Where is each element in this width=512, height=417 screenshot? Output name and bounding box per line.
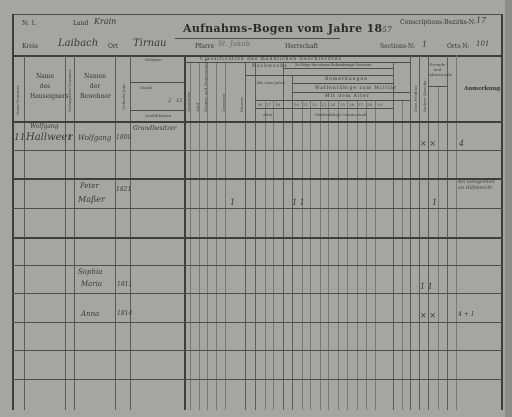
header-band-rule (130, 110, 184, 111)
col-divider (255, 62, 256, 410)
col-divider (225, 62, 226, 410)
waffenfaehig-footer: Waffenfähige Mannschaft (315, 112, 367, 117)
name-bewohner-header: NamenderBewohner (80, 72, 110, 102)
row3-jahr: 1821 (116, 186, 131, 193)
header-band-rule (283, 68, 393, 69)
section-value: 1 (422, 40, 427, 49)
col-divider (283, 62, 284, 410)
row3-mark-c: 1 (432, 198, 437, 207)
row-rule (12, 237, 502, 239)
herrschaft-label: Herrschaft (285, 43, 318, 50)
waffen-band: Waffenfähige zum Militär (315, 86, 397, 91)
header-band-rule (130, 82, 184, 83)
col-divider (402, 100, 403, 410)
row-rule (12, 150, 502, 151)
header-band-rule (292, 92, 410, 93)
ort-value: Tirnau (133, 38, 167, 49)
row1-partei: 1 (68, 134, 72, 142)
row3-anmerkung: Bei Gelegenheit als Hilfsknecht (458, 180, 500, 192)
row-rule (12, 322, 502, 323)
age-18: 18 (275, 102, 280, 107)
pfarre-value: St. Jakob (218, 40, 250, 48)
col-divider (115, 55, 116, 410)
vertical-label-gewerbe: Gewerbe (221, 94, 226, 112)
conscription-value: 17 (476, 16, 486, 25)
row6-bewohner-first: Sophia (78, 268, 102, 276)
row3-bewohner-first: Peter (80, 182, 99, 190)
census-form-sheet: N: 1. Land Krain Aufnahms-Bogen vom Jahr… (0, 0, 512, 417)
row7-bewohner: Anna (81, 310, 99, 318)
row-rule (12, 265, 502, 266)
row1-hauseigner: Hallweer (26, 132, 72, 143)
stand-header: Stand (140, 85, 152, 90)
pfarre-label: Pfarre (195, 43, 214, 50)
row1-qualifikation: Grundbesitzer (133, 125, 177, 132)
col-divider (347, 100, 348, 410)
nachwuchs-header: Nachwuchs (252, 64, 288, 69)
row7-marks: × × (420, 311, 436, 320)
age-27: 27 (358, 102, 363, 107)
land-label: Land (73, 20, 88, 27)
header-mid-rule (175, 38, 340, 39)
fremde-header: Fremde und Abwesende (429, 62, 446, 77)
age-17: 17 (266, 102, 271, 107)
classification-band: Classification des männlichen Geschlecht… (200, 57, 342, 62)
col-divider (438, 86, 439, 410)
col-divider (428, 55, 429, 410)
bemerkung-band: Bemerkungen (325, 77, 368, 82)
row1-haus: 11 (14, 133, 25, 143)
row1-marks: × × (420, 139, 436, 148)
name-hauseigner-header: NamedesHauseigners (30, 72, 60, 102)
form-title: Aufnahms-Bogen vom Jahre 1857 (183, 22, 392, 35)
row-rule (12, 293, 502, 294)
row7-jahr: 1814 (117, 310, 132, 317)
row1-hauseigner-first: Wolfgang (30, 123, 59, 130)
header-band-rule (255, 100, 410, 101)
bis-jahr-header: Bis zum Jahre (257, 80, 285, 85)
header-band-rule (245, 75, 393, 76)
age-22: 22 (312, 102, 317, 107)
row7-anmerkung: 4 + 1 (458, 311, 474, 318)
gesetz-band: Zu Folge des neuen Rekrutirungs-Gesetzes (295, 63, 371, 67)
col-divider (357, 100, 358, 410)
age-25: 25 (340, 102, 345, 107)
form-number: N: 1. (22, 20, 37, 27)
kreis-value: Laibach (58, 38, 98, 49)
col-divider (24, 55, 25, 410)
col-divider (456, 55, 457, 410)
col-divider (393, 62, 394, 410)
age-24: 24 (330, 102, 335, 107)
row-rule (12, 208, 502, 209)
section-label: Sections-N: (380, 43, 415, 50)
geburtsjahr-header: Geburts-Jahr (121, 84, 126, 110)
col-divider (199, 62, 200, 410)
row3-bewohner: Maßer (78, 195, 105, 204)
vertical-label-andere: Andere Zwecke (422, 80, 427, 112)
row1-anmerkung: 4 (459, 139, 464, 148)
row3-mark-a: 1 (230, 198, 235, 207)
vertical-label-bauern: Bauern (239, 97, 244, 112)
col-divider (265, 100, 266, 410)
col-divider (410, 55, 411, 410)
age-29: 29 (377, 102, 382, 107)
vertical-label-geistliche: Geistliche (186, 92, 191, 112)
row-rule (12, 350, 502, 351)
anmerkung-header: Anmerkung (464, 86, 500, 92)
header-band-rule (292, 83, 393, 84)
header-band-rule (428, 86, 447, 87)
col-divider (419, 55, 420, 410)
stand-value-2: 12 (176, 98, 182, 104)
row1-bewohner: Wolfgang (78, 134, 111, 142)
row-rule (12, 379, 502, 380)
row6-jahr: 1811 (117, 281, 132, 288)
age-16: 16 (257, 102, 262, 107)
col-divider (338, 100, 339, 410)
header-band-rule (255, 108, 393, 109)
row6-marks: 1 1 (420, 282, 433, 291)
row1-jahr: 1800 (116, 134, 131, 141)
col-divider (74, 55, 75, 410)
conscription-label: Conscriptions-Bezirks-N: (400, 19, 476, 26)
col-divider (130, 55, 131, 410)
col-divider (190, 62, 191, 410)
row3-mark-b: 1 1 (292, 198, 305, 207)
age-28: 28 (367, 102, 372, 107)
haus-nummer-header: Haus-Nummer (15, 85, 20, 115)
col-divider (273, 100, 274, 410)
vertical-label-beamte: Beamte und Honoratioren (203, 59, 208, 112)
kreis-label: Kreis (22, 43, 38, 50)
col-divider (447, 55, 448, 410)
alter-footer: Alter (263, 112, 273, 117)
age-20: 20 (294, 102, 299, 107)
col-divider (320, 100, 321, 410)
orts-label: Orts-N: (447, 43, 469, 50)
row-rule (12, 178, 502, 180)
age-26: 26 (349, 102, 354, 107)
col-divider (245, 62, 246, 410)
table-header-bottom (12, 121, 502, 123)
stand-value-1: 2 (168, 98, 171, 104)
qualification-header: Qualifikation (145, 113, 171, 118)
page-edge (505, 0, 512, 417)
col-divider (292, 75, 293, 410)
alter-band: Mit dem Alter (325, 94, 370, 99)
header-top-border (12, 14, 502, 15)
religion-header: Religion (145, 57, 162, 62)
orts-value: 101 (476, 40, 489, 48)
col-divider (207, 62, 208, 410)
col-divider (216, 62, 217, 410)
col-divider (375, 100, 376, 410)
wohnpartei-header: Wohnpartei-Nummer (67, 69, 72, 112)
row6-bewohner: Maria (81, 280, 102, 288)
vertical-label-feldbau: Zum Feldbau (413, 85, 418, 112)
land-value: Krain (94, 17, 116, 26)
col-divider (310, 100, 311, 410)
col-divider (328, 100, 329, 410)
col-divider (302, 100, 303, 410)
age-21: 21 (303, 102, 308, 107)
col-divider (65, 55, 66, 410)
age-23: 23 (321, 102, 326, 107)
ort-label: Ort (108, 43, 118, 50)
vertical-label-adel: Adel (195, 103, 200, 112)
col-divider (366, 100, 367, 410)
